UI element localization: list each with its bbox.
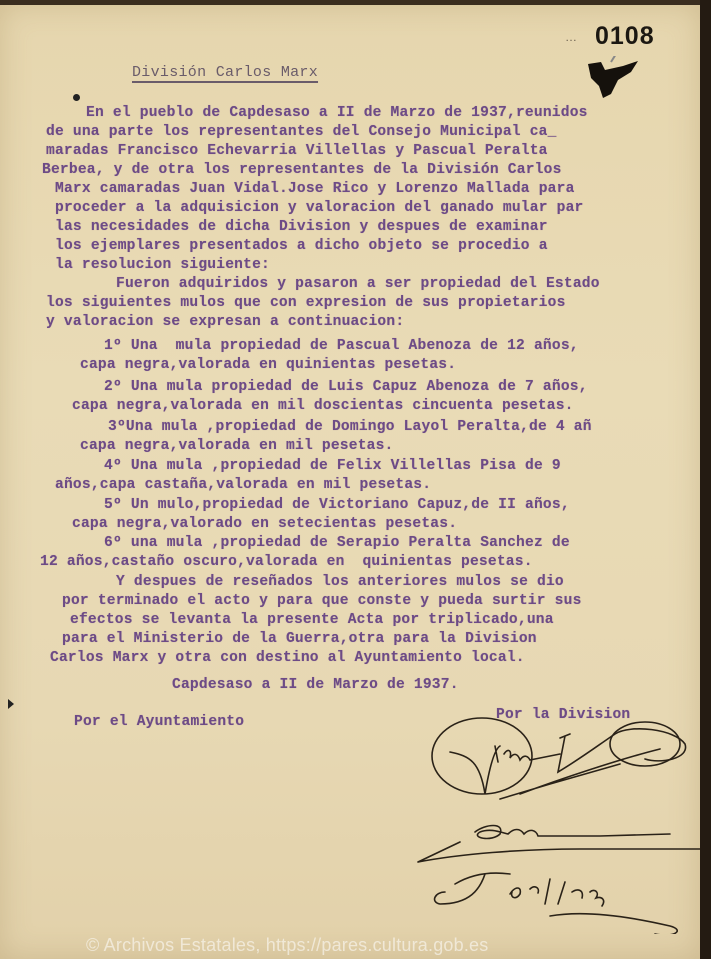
scan-border-right bbox=[700, 0, 711, 959]
closing-date-line: Capdesaso a II de Marzo de 1937. bbox=[172, 676, 459, 695]
signature-second bbox=[418, 826, 700, 863]
document-text-line: de una parte los representantes del Cons… bbox=[46, 123, 557, 142]
document-text-line: 3ºUna mula ,propiedad de Domingo Layol P… bbox=[108, 418, 592, 437]
document-text-line: los ejemplares presentados a dicho objet… bbox=[55, 237, 548, 256]
punch-hole-mark bbox=[73, 94, 80, 101]
signature-jose-rico bbox=[435, 873, 678, 934]
document-text-line: 12 años,castaño oscuro,valorada en quini… bbox=[40, 553, 533, 572]
document-text-line: Marx camaradas Juan Vidal.Jose Rico y Lo… bbox=[55, 180, 575, 199]
document-text-line: y valoracion se expresan a continuacion: bbox=[46, 313, 404, 332]
document-text-line: la resolucion siguiente: bbox=[55, 256, 270, 275]
document-text-line: Carlos Marx y otra con destino al Ayunta… bbox=[50, 649, 525, 668]
document-text-line: Y despues de reseñados los anteriores mu… bbox=[116, 573, 564, 592]
document-page: … 0108 División Carlos Marx En el pueblo… bbox=[0, 4, 700, 959]
signature-label-ayuntamiento: Por el Ayuntamiento bbox=[74, 713, 244, 732]
document-text-line: capa negra,valorado en setecientas peset… bbox=[72, 515, 457, 534]
document-text-line: efectos se levanta la presente Acta por … bbox=[70, 611, 554, 630]
document-text-line: 1º Una mula propiedad de Pascual Abenoza… bbox=[104, 337, 579, 356]
ink-blot-icon bbox=[583, 56, 643, 101]
document-text-line: 2º Una mula propiedad de Luis Capuz Aben… bbox=[104, 378, 588, 397]
page-title: División Carlos Marx bbox=[132, 64, 318, 81]
document-text-line: capa negra,valorada en mil pesetas. bbox=[80, 437, 394, 456]
document-text-line: 4º Una mula ,propiedad de Felix Villella… bbox=[104, 457, 561, 476]
folio-number: 0108 bbox=[595, 22, 655, 51]
margin-arrow-icon bbox=[8, 699, 14, 709]
document-text-line: Berbea, y de otra los representantes de … bbox=[42, 161, 562, 180]
document-text-line: Fueron adquiridos y pasaron a ser propie… bbox=[116, 275, 600, 294]
document-text-line: capa negra,valorada en quinientas peseta… bbox=[80, 356, 456, 375]
document-text-line: años,capa castaña,valorada en mil peseta… bbox=[55, 476, 431, 495]
document-text-line: capa negra,valorada en mil doscientas ci… bbox=[72, 397, 574, 416]
archive-watermark: © Archivos Estatales, https://pares.cult… bbox=[86, 935, 488, 956]
folio-prefix: … bbox=[565, 30, 577, 44]
document-text-line: por terminado el acto y para que conste … bbox=[62, 592, 582, 611]
document-text-line: En el pueblo de Capdesaso a II de Marzo … bbox=[86, 104, 588, 123]
signature-juan-vidal bbox=[432, 718, 686, 799]
document-text-line: maradas Francisco Echevarria Villellas y… bbox=[46, 142, 548, 161]
document-text-line: 5º Un mulo,propiedad de Victoriano Capuz… bbox=[104, 496, 570, 515]
handwritten-signatures bbox=[400, 704, 700, 934]
document-text-line: las necesidades de dicha Division y desp… bbox=[55, 218, 548, 237]
document-text-line: 6º una mula ,propiedad de Serapio Peralt… bbox=[104, 534, 570, 553]
document-text-line: para el Ministerio de la Guerra,otra par… bbox=[62, 630, 537, 649]
document-text-line: proceder a la adquisicion y valoracion d… bbox=[55, 199, 584, 218]
document-text-line: los siguientes mulos que con expresion d… bbox=[46, 294, 566, 313]
scan-border-top bbox=[0, 0, 711, 5]
